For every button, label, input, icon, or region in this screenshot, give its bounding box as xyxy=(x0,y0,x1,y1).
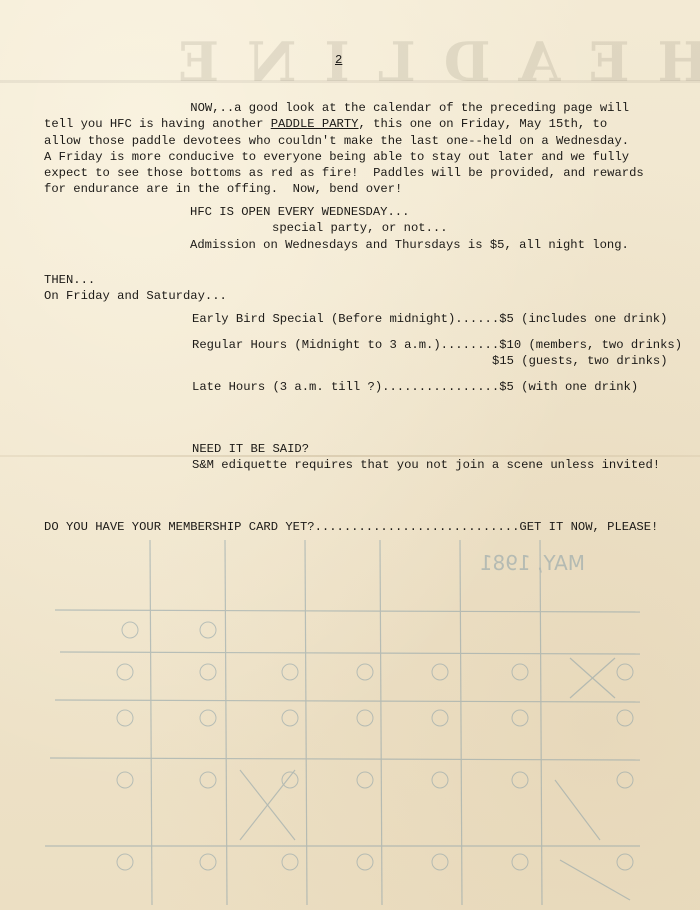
price-label: Late Hours (3 a.m. till ?) xyxy=(192,380,382,394)
price-value: $5 (includes one drink) xyxy=(499,312,667,326)
membership-leader: ............................ xyxy=(315,520,520,534)
open-notice: HFC IS OPEN EVERY WEDNESDAY... special p… xyxy=(190,204,629,253)
etiquette-body: S&M ediquette requires that you not join… xyxy=(192,458,660,472)
open-notice-line3: Admission on Wednesdays and Thursdays is… xyxy=(190,238,629,252)
intro-line1: NOW,..a good look at the calendar of the… xyxy=(190,101,629,115)
price-row-regular-hours-guests: $15 (guests, two drinks) xyxy=(492,353,668,369)
intro-line3: allow those paddle devotees who couldn't… xyxy=(44,134,629,148)
weekend-intro-line2: On Friday and Saturday... xyxy=(44,289,227,303)
intro-line1-indent xyxy=(44,101,190,115)
bleed-through-calendar: MAY, 1981 xyxy=(40,540,650,910)
intro-paragraph: NOW,..a good look at the calendar of the… xyxy=(44,100,644,198)
open-notice-line1: HFC IS OPEN EVERY WEDNESDAY... xyxy=(190,205,409,219)
etiquette-note: NEED IT BE SAID? S&M ediquette requires … xyxy=(192,441,660,474)
open-notice-line2: special party, or not... xyxy=(190,220,629,236)
price-row-early-bird: Early Bird Special (Before midnight)....… xyxy=(192,311,667,327)
weekend-intro-line1: THEN... xyxy=(44,273,95,287)
price-leader: ........ xyxy=(441,338,500,352)
price-label: Regular Hours (Midnight to 3 a.m.) xyxy=(192,338,441,352)
intro-line4: A Friday is more conducive to everyone b… xyxy=(44,150,629,164)
bleed-through-rule xyxy=(0,80,700,83)
paddle-party-underlined: PADDLE PARTY xyxy=(271,117,359,131)
price-value: $10 (members, two drinks) xyxy=(499,338,682,352)
page-number: 2 xyxy=(335,52,342,68)
price-leader: ................ xyxy=(382,380,499,394)
intro-line2-prefix: tell you HFC is having another xyxy=(44,117,271,131)
bleed-through-calendar-heading: MAY, 1981 xyxy=(480,551,585,575)
membership-question: DO YOU HAVE YOUR MEMBERSHIP CARD YET? xyxy=(44,520,315,534)
price-leader: ...... xyxy=(455,312,499,326)
intro-line6: for endurance are in the offing. Now, be… xyxy=(44,182,402,196)
membership-call-to-action: GET IT NOW, PLEASE! xyxy=(519,520,658,534)
price-value: $5 (with one drink) xyxy=(499,380,638,394)
etiquette-heading: NEED IT BE SAID? xyxy=(192,442,309,456)
price-row-late-hours: Late Hours (3 a.m. till ?)..............… xyxy=(192,379,638,395)
price-label: Early Bird Special (Before midnight) xyxy=(192,312,455,326)
intro-line5: expect to see those bottoms as red as fi… xyxy=(44,166,644,180)
weekend-intro: THEN... On Friday and Saturday... xyxy=(44,272,227,305)
membership-reminder: DO YOU HAVE YOUR MEMBERSHIP CARD YET?...… xyxy=(44,519,658,535)
intro-line2-suffix: , this one on Friday, May 15th, to xyxy=(359,117,608,131)
price-row-regular-hours: Regular Hours (Midnight to 3 a.m.)......… xyxy=(192,337,682,353)
